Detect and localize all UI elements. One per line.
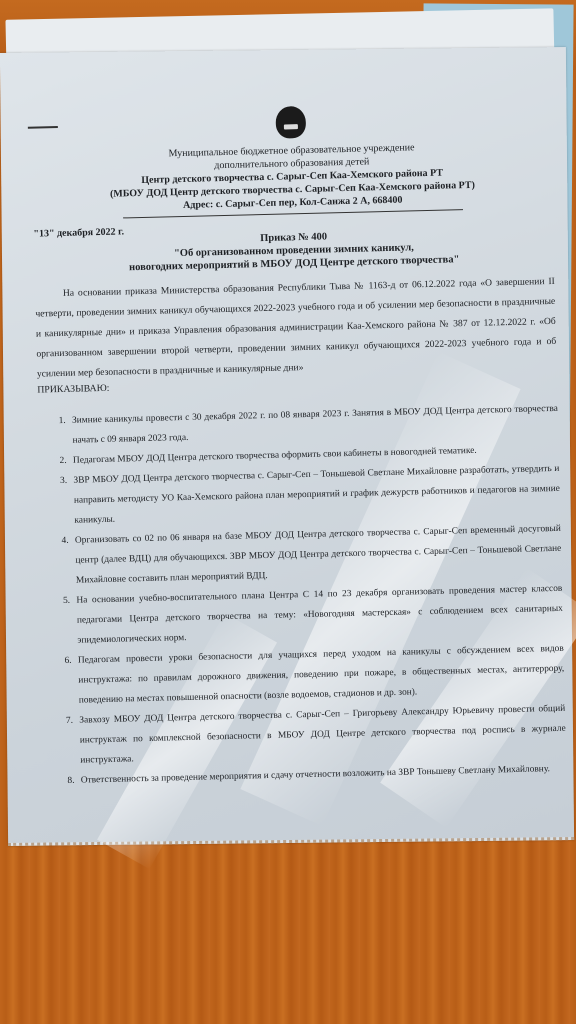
preamble: На основании приказа Министерства образо… — [35, 272, 557, 385]
order-items: Зимние каникулы провести с 30 декабря 20… — [38, 399, 567, 792]
margin-mark — [28, 126, 58, 129]
institution-header: Муниципальное бюджетное образовательное … — [31, 138, 552, 216]
emblem-icon — [275, 106, 306, 139]
plastic-sleeve: Муниципальное бюджетное образовательное … — [0, 47, 574, 846]
order-document: Муниципальное бюджетное образовательное … — [30, 100, 566, 792]
